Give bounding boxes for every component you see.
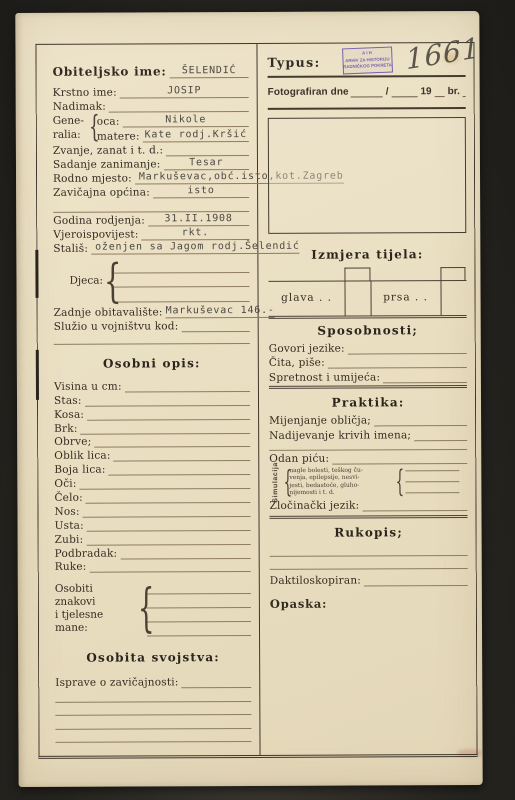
field-false-names: Nadijevanje krivih imena;	[269, 426, 467, 442]
field-teeth: Zubi:	[55, 531, 251, 546]
archive-stamp: A I H ARHIV ZA HISTORIJU RADNIČKOG POKRE…	[342, 47, 393, 75]
body-measurement-heading: Izmjera tijela:	[268, 247, 466, 264]
brace-glyph: {	[395, 467, 399, 497]
father-label: oca:	[97, 116, 123, 128]
field-forehead: Čelo:	[54, 489, 250, 504]
blank-line	[147, 622, 251, 636]
head-measurement-label: glava . .	[269, 292, 345, 304]
religion-value: rkt.	[182, 227, 209, 239]
field-height: Visina u cm:	[54, 378, 250, 393]
blank-line	[405, 481, 459, 482]
field-nickname: Nadimak:	[53, 98, 249, 113]
last-residence-label: Zadnje obitavalište:	[54, 306, 166, 318]
disguise-label: Mijenjanje obličja;	[269, 414, 374, 426]
chest-measurement-label: prsa . .	[371, 291, 441, 303]
handwriting-heading: Rukopis;	[270, 525, 468, 542]
blank-line	[351, 83, 383, 97]
documents-label: Isprave o zavičajnosti:	[55, 677, 181, 690]
false-names-label: Nadijevanje krivih imena;	[269, 429, 414, 442]
measurement-table: glava . . prsa . .	[268, 267, 466, 320]
marital-status-label: Stališ:	[53, 243, 91, 255]
field-chin: Podbradak:	[55, 545, 251, 560]
blank-line	[435, 83, 445, 97]
field-children: Djeca: {	[53, 258, 249, 303]
simulation-line-2: venja, epilepsije, nesvi-	[289, 474, 395, 481]
chin-label: Podbradak:	[55, 547, 121, 559]
birth-year-value: 31.II.1908	[164, 213, 232, 225]
occupation-value: Tesar	[189, 157, 223, 169]
field-marital-status: Stališ: oženjen sa Jagom rodj.Šelendić	[53, 240, 249, 255]
field-photographed: Fotografiran dne / 19 br.	[268, 83, 466, 98]
hair-label: Kosa:	[54, 408, 87, 420]
nickname-label: Nadimak:	[53, 101, 109, 113]
simulation-line-4: nijemosti i t. d.	[289, 489, 395, 496]
field-first-name: Krstno ime: JOSIP	[53, 84, 249, 99]
measurement-divider	[344, 281, 345, 316]
brace-glyph: {	[283, 467, 287, 497]
field-birth-year: Godina rodjenja: 31.II.1908	[53, 212, 249, 227]
section-rule	[268, 107, 466, 110]
profession-label: Zvanje, zanat i t. d.:	[53, 144, 166, 156]
practice-heading: Praktika:	[269, 395, 467, 412]
blank-line	[405, 470, 459, 471]
eyes-label: Oči:	[54, 478, 79, 490]
personal-description-heading: Osobni opis:	[54, 356, 250, 373]
blank-line	[147, 608, 251, 622]
registration-card: A I H ARHIV ZA HISTORIJU RADNIČKOG POKRE…	[15, 11, 482, 787]
blank-line	[113, 273, 249, 288]
field-last-residence: Zadnje obitavalište: Markuševac 146.-	[54, 304, 250, 319]
birthplace-label: Rodno mjesto:	[53, 172, 135, 184]
measurement-bottom-line	[269, 315, 467, 319]
blank-line	[463, 83, 466, 97]
field-military: Služio u vojništvu kod:	[54, 318, 250, 333]
measurement-cell	[344, 267, 370, 280]
blank-line	[405, 492, 459, 493]
blank-line	[55, 729, 251, 743]
blank-line	[113, 258, 249, 273]
simulation-block: Simulacija { nagle bolesti, teškog ču- v…	[269, 467, 467, 498]
measurement-top-line	[268, 280, 466, 282]
face-shape-label: Oblik lica:	[54, 450, 113, 462]
stamp-line-1: A I H	[362, 51, 372, 56]
reads-writes-label: Čita, piše:	[269, 357, 328, 369]
generalia-rows: oca: Nikole matere: Kate rodj.Kršić	[97, 112, 249, 143]
photographed-year: 19	[417, 86, 434, 97]
section-rule	[268, 75, 466, 78]
photographed-slash: /	[383, 86, 392, 97]
brace-glyph: {	[138, 581, 144, 637]
double-rule	[270, 515, 468, 519]
field-moustache: Brk:	[54, 420, 250, 435]
teeth-label: Zubi:	[55, 533, 87, 545]
skills-label: Spretnost i umijeća:	[269, 371, 383, 383]
blank-line	[270, 556, 468, 570]
field-reads-writes: Čita, piše:	[269, 354, 467, 369]
field-mother: matere: Kate rodj.Kršić	[97, 127, 249, 143]
military-label: Služio u vojništvu kod:	[54, 320, 182, 333]
measurement-divider	[440, 280, 441, 315]
blank-line	[270, 541, 468, 557]
father-value: Nikole	[165, 114, 206, 126]
blank-line	[55, 715, 251, 729]
photographed-number-label: br.	[445, 86, 463, 97]
children-lines	[113, 258, 249, 303]
brace-glyph: {	[104, 259, 111, 303]
double-rule	[269, 385, 467, 389]
field-languages: Govori jezike:	[269, 339, 467, 354]
blank-line	[147, 594, 251, 608]
remark-label: Opaska:	[270, 596, 468, 613]
field-disguise: Mijenjanje obličja;	[269, 411, 467, 427]
blank-line	[114, 287, 250, 302]
eyebrows-label: Obrve;	[54, 436, 94, 448]
nose-label: Nos:	[54, 506, 82, 518]
form-border: Obiteljsko ime: ŠELENDIĆ Krstno ime: JOS…	[35, 42, 477, 759]
simulation-vertical-label: Simulacija	[269, 467, 281, 497]
field-father: oca: Nikole	[97, 112, 249, 128]
field-drink: Odan piću:	[269, 450, 467, 465]
special-traits-heading: Osobita svojstva:	[55, 650, 251, 667]
first-name-value: JOSIP	[167, 85, 201, 97]
criminal-language-label: Zločinački jezik:	[269, 499, 362, 511]
field-generalia: Gene- ralia: { oca: Nikole matere: Kate …	[53, 112, 249, 143]
mother-label: matere:	[97, 130, 143, 142]
abilities-rows: Govori jezike: Čita, piše: Spretnost i u…	[269, 339, 467, 383]
field-special-marks: Osobiti znakovi i tjelesne mane: {	[55, 580, 251, 637]
documents-lines	[55, 688, 251, 743]
forehead-label: Čelo:	[54, 492, 86, 504]
field-skills: Spretnost i umijeća:	[269, 368, 467, 383]
right-column: Typus: Fotografiran dne / 19 br. Izmjera…	[257, 43, 478, 755]
field-documents: Isprave o zavičajnosti:	[55, 674, 251, 689]
field-face-color: Boja lica:	[54, 461, 250, 476]
brace-glyph: {	[89, 113, 95, 143]
generalia-label-line1: Gene-	[53, 114, 87, 128]
field-mouth: Usta:	[55, 517, 251, 532]
description-rows: Visina u cm: Stas: Kosa: Brk: Obrve; Obl…	[54, 378, 251, 573]
field-family-name: Obiteljsko ime: ŠELENDIĆ	[53, 60, 249, 79]
field-birthplace: Rodno mjesto: Markuševac,obć.isto,kot.Za…	[53, 170, 249, 185]
first-name-label: Krstno ime:	[53, 87, 120, 99]
build-label: Stas:	[54, 394, 85, 406]
religion-label: Vjeroispovijest:	[53, 228, 141, 240]
field-hands: Ruke:	[55, 559, 251, 574]
special-marks-lines	[147, 580, 251, 636]
mouth-label: Usta:	[55, 520, 87, 532]
birth-year-label: Godina rodjenja:	[53, 214, 148, 226]
field-religion: Vjeroispovijest: rkt.	[53, 226, 249, 241]
simulation-line-1: nagle bolesti, teškog ču-	[289, 467, 395, 474]
field-eyebrows: Obrve;	[54, 434, 250, 449]
page-background: A I H ARHIV ZA HISTORIJU RADNIČKOG POKRE…	[0, 0, 515, 800]
field-nose: Nos:	[54, 503, 250, 518]
family-name-value: ŠELENDIĆ	[182, 65, 237, 77]
field-fingerprinted: Daktiloskopiran:	[270, 572, 468, 587]
blank-line	[55, 688, 251, 702]
special-marks-label: Osobiti znakovi i tjelesne mane:	[55, 581, 135, 637]
mother-value: Kate rodj.Kršić	[145, 129, 247, 141]
blank-line	[391, 83, 417, 97]
simulation-line-3: jesti, bedastoće, gluho-	[289, 482, 395, 489]
moustache-label: Brk:	[54, 422, 80, 434]
municipality-label: Zavičajna općina:	[53, 186, 153, 198]
field-eyes: Oči:	[54, 475, 250, 490]
typus-label: Typus:	[267, 55, 323, 70]
special-marks-label-line1: Osobiti znakovi	[55, 583, 135, 609]
blank-line	[147, 580, 251, 594]
simulation-answer-lines	[401, 467, 459, 497]
blank-line	[53, 198, 249, 213]
children-label: Djeca:	[53, 259, 101, 303]
field-face-shape: Oblik lica:	[54, 447, 250, 462]
stamp-line-3: RADNIČKOG POKRETA	[343, 64, 392, 71]
abilities-heading: Sposobnosti;	[269, 323, 467, 340]
simulation-description: nagle bolesti, teškog ču- venja, epileps…	[289, 467, 393, 497]
height-label: Visina u cm:	[54, 380, 125, 392]
field-build: Stas:	[54, 392, 250, 407]
generalia-label-line2: ralia:	[53, 128, 87, 142]
measurement-cell	[440, 267, 465, 280]
family-name-label: Obiteljsko ime:	[53, 64, 170, 79]
field-municipality: Zavičajna općina: isto	[53, 184, 249, 199]
special-marks-label-line2: i tjelesne mane:	[55, 609, 135, 635]
blank-line	[54, 332, 250, 345]
field-occupation: Sadanje zanimanje: Tesar	[53, 156, 249, 171]
photo-frame	[268, 117, 467, 234]
photographed-label: Fotografiran dne	[268, 87, 351, 98]
simulation-vertical-text: Simulacija	[272, 462, 279, 503]
occupation-label: Sadanje zanimanje:	[53, 158, 164, 170]
generalia-label: Gene- ralia:	[53, 113, 87, 143]
field-criminal-language: Zločinački jezik:	[269, 497, 467, 512]
municipality-value: isto	[187, 185, 214, 197]
field-hair: Kosa:	[54, 406, 250, 421]
left-column: Obiteljsko ime: ŠELENDIĆ Krstno ime: JOS…	[36, 44, 259, 756]
stamp-line-2: ARHIV ZA HISTORIJU	[345, 57, 390, 63]
languages-label: Govori jezike:	[269, 342, 348, 354]
fingerprint-label: Daktiloskopiran:	[270, 574, 364, 586]
blank-line	[55, 702, 251, 716]
face-color-label: Boja lica:	[54, 464, 108, 476]
hands-label: Ruke:	[55, 561, 90, 573]
field-profession: Zvanje, zanat i t. d.:	[53, 142, 249, 157]
